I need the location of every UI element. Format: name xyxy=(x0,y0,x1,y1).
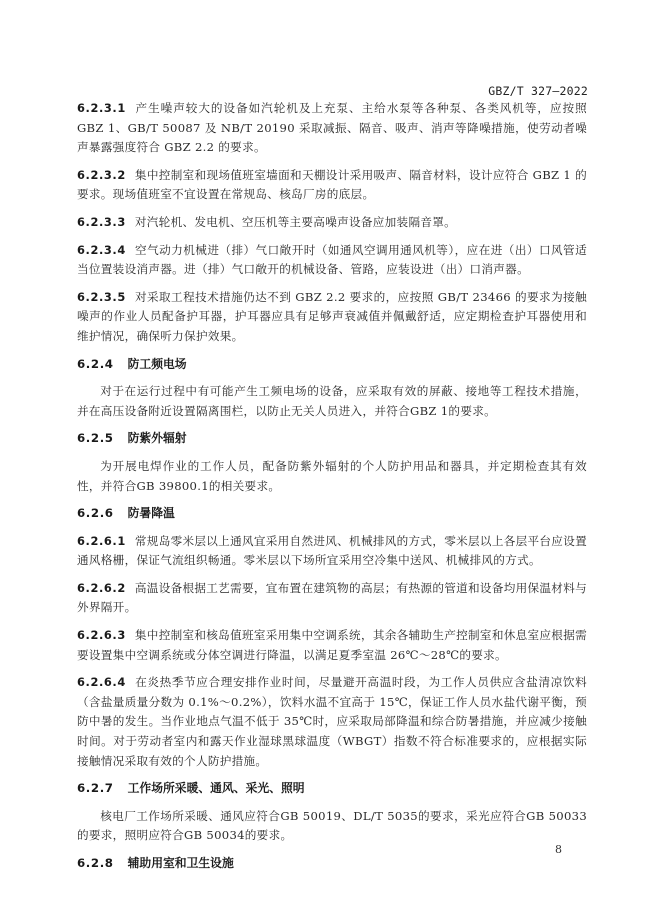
clause-6-2-3-4: 6.2.3.4空气动力机械进（排）气口敞开时（如通风空调用通风机等），应在进（出… xyxy=(77,241,587,280)
clause-number: 6.2.6.4 xyxy=(77,675,126,689)
section-number: 6.2.8 xyxy=(77,856,114,870)
clause-number: 6.2.3.3 xyxy=(77,215,126,229)
clause-6-2-6-3: 6.2.6.3集中控制室和核岛值班室采用集中空调系统，其余各辅助生产控制室和休息… xyxy=(77,626,587,665)
clause-6-2-6-2: 6.2.6.2高温设备根据工艺需要，宜布置在建筑物的高层；有热源的管道和设备均用… xyxy=(77,579,587,618)
section-heading-6-2-4: 6.2.4防工频电场 xyxy=(77,355,587,375)
section-title: 辅助用室和卫生设施 xyxy=(128,856,234,870)
clause-6-2-3-1: 6.2.3.1产生噪声较大的设备如汽轮机及上充泵、主给水泵等各种泵、各类风机等，… xyxy=(77,99,587,158)
section-number: 6.2.6 xyxy=(77,506,114,520)
clause-text: 集中控制室和现场值班室墙面和天棚设计采用吸声、隔音材料，设计应符合 GBZ 1 … xyxy=(77,168,587,202)
clause-number: 6.2.3.5 xyxy=(77,290,126,304)
clause-text: 在炎热季节应合理安排作业时间，尽量避开高温时段，为工作人员供应含盐清凉饮料（含盐… xyxy=(77,675,587,767)
clause-6-2-6-1: 6.2.6.1常规岛零米层以上通风宜采用自然进风、机械排风的方式，零米层以上各层… xyxy=(77,532,587,571)
section-heading-6-2-5: 6.2.5防紫外辐射 xyxy=(77,429,587,449)
clause-text: 空气动力机械进（排）气口敞开时（如通风空调用通风机等），应在进（出）口风管适当位… xyxy=(77,243,587,277)
section-number: 6.2.7 xyxy=(77,781,114,795)
clause-text: 集中控制室和核岛值班室采用集中空调系统，其余各辅助生产控制室和休息室应根据需要设… xyxy=(77,628,587,662)
clause-number: 6.2.3.1 xyxy=(77,101,126,115)
section-number: 6.2.4 xyxy=(77,357,114,371)
body-paragraph: 为开展电焊作业的工作人员，配备防紫外辐射的个人防护用品和器具，并定期检查其有效性… xyxy=(77,457,587,496)
section-heading-6-2-8: 6.2.8辅助用室和卫生设施 xyxy=(77,854,587,874)
section-number: 6.2.5 xyxy=(77,431,114,445)
section-heading-6-2-7: 6.2.7工作场所采暖、通风、采光、照明 xyxy=(77,779,587,799)
clause-6-2-3-2: 6.2.3.2集中控制室和现场值班室墙面和天棚设计采用吸声、隔音材料，设计应符合… xyxy=(77,166,587,205)
clause-number: 6.2.6.2 xyxy=(77,581,126,595)
clause-6-2-3-3: 6.2.3.3对汽轮机、发电机、空压机等主要高噪声设备应加装隔音罩。 xyxy=(77,213,587,233)
section-title: 防工频电场 xyxy=(128,357,187,371)
page-number: 8 xyxy=(555,843,562,856)
clause-text: 常规岛零米层以上通风宜采用自然进风、机械排风的方式，零米层以上各层平台应设置通风… xyxy=(77,534,587,568)
document-body: 6.2.3.1产生噪声较大的设备如汽轮机及上充泵、主给水泵等各种泵、各类风机等，… xyxy=(77,99,587,882)
clause-text: 产生噪声较大的设备如汽轮机及上充泵、主给水泵等各种泵、各类风机等，应按照 GBZ… xyxy=(77,101,587,154)
body-paragraph: 对于在运行过程中有可能产生工频电场的设备，应采取有效的屏蔽、接地等工程技术措施，… xyxy=(77,382,587,421)
section-heading-6-2-6: 6.2.6防暑降温 xyxy=(77,504,587,524)
clause-number: 6.2.3.4 xyxy=(77,243,126,257)
section-title: 防紫外辐射 xyxy=(128,431,187,445)
standard-code-header: GBZ/T 327—2022 xyxy=(488,84,588,98)
clause-text: 对采取工程技术措施仍达不到 GBZ 2.2 要求的，应按照 GB/T 23466… xyxy=(77,290,587,343)
section-title: 工作场所采暖、通风、采光、照明 xyxy=(128,781,305,795)
clause-6-2-6-4: 6.2.6.4在炎热季节应合理安排作业时间，尽量避开高温时段，为工作人员供应含盐… xyxy=(77,673,587,771)
clause-number: 6.2.6.3 xyxy=(77,628,126,642)
clause-number: 6.2.6.1 xyxy=(77,534,126,548)
clause-text: 高温设备根据工艺需要，宜布置在建筑物的高层；有热源的管道和设备均用保温材料与外界… xyxy=(77,581,587,615)
body-paragraph: 核电厂工作场所采暖、通风应符合GB 50019、DL/T 5035的要求，采光应… xyxy=(77,807,587,846)
section-title: 防暑降温 xyxy=(128,506,175,520)
clause-text: 对汽轮机、发电机、空压机等主要高噪声设备应加装隔音罩。 xyxy=(135,215,456,229)
clause-number: 6.2.3.2 xyxy=(77,168,126,182)
clause-6-2-3-5: 6.2.3.5对采取工程技术措施仍达不到 GBZ 2.2 要求的，应按照 GB/… xyxy=(77,288,587,347)
